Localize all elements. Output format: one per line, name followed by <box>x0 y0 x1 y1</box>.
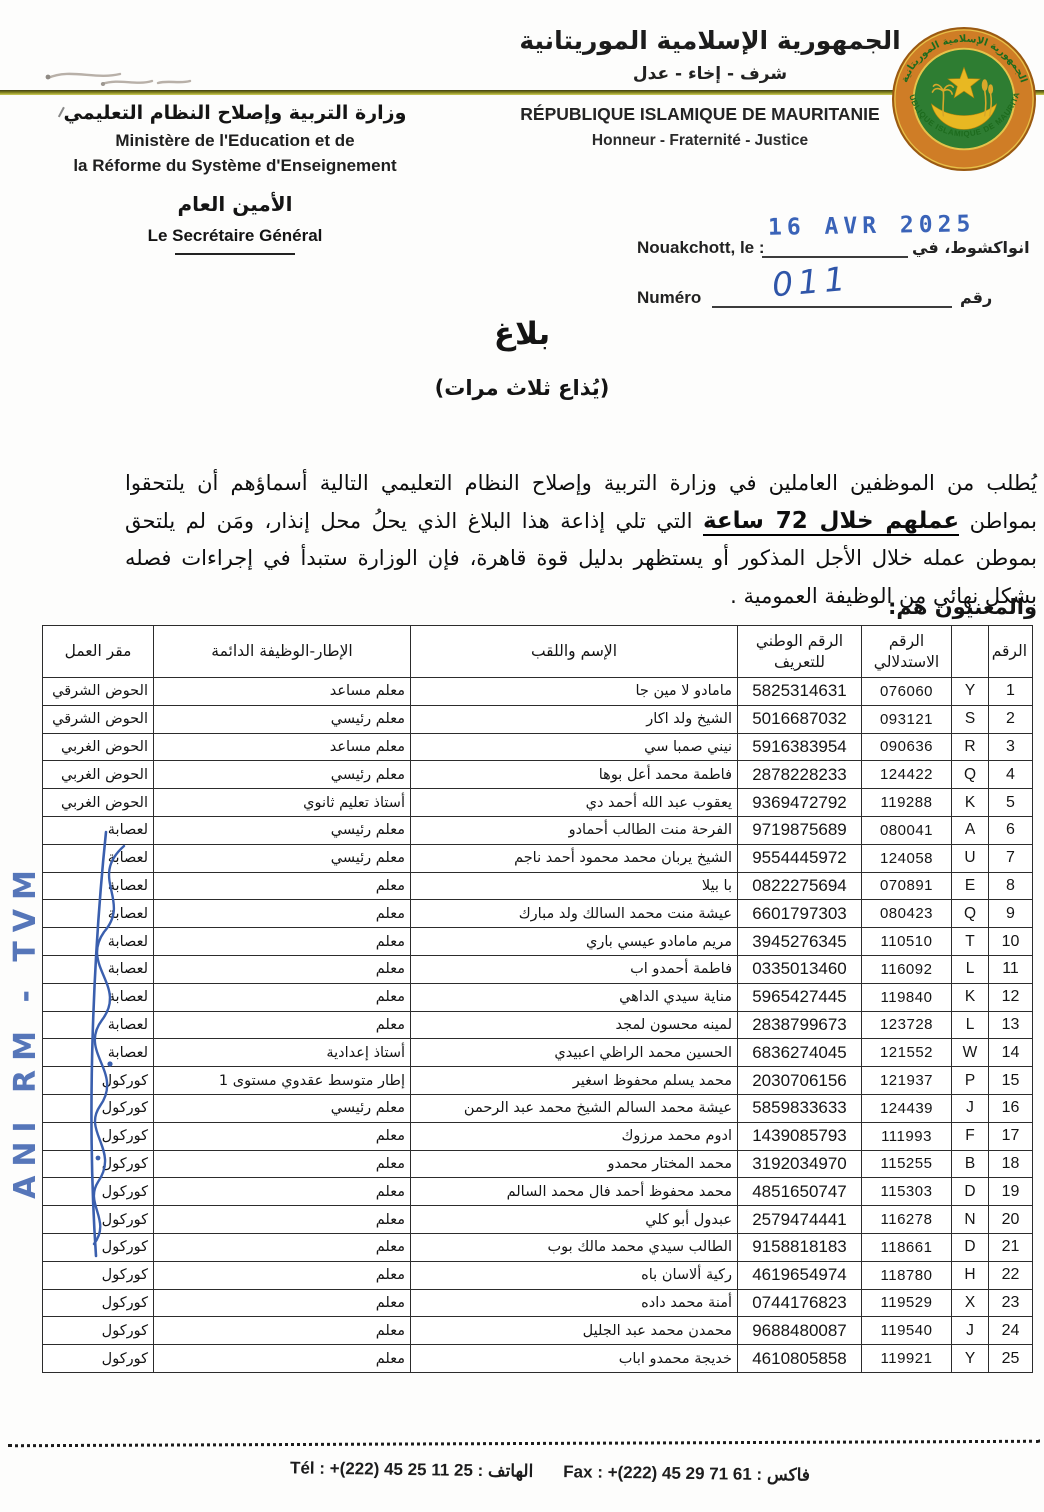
footer-tel: Tél : +(222) 45 25 11 25 : الهاتف <box>290 1458 533 1481</box>
cell-national-id: 9554445972 <box>738 844 862 872</box>
cell-national-id: 4610805858 <box>738 1345 862 1373</box>
cell-number: 10 <box>989 928 1033 956</box>
place-label-arabic: انواكشوط، في <box>912 238 1030 257</box>
cell-number: 6 <box>989 816 1033 844</box>
cell-job: إطار متوسط عقدوي مستوى 1 <box>154 1067 411 1095</box>
cell-reference-number: 070891 <box>862 872 952 900</box>
cell-reference-number: 111993 <box>862 1122 952 1150</box>
cell-reference-number: 090636 <box>862 733 952 761</box>
cell-national-id: 9688480087 <box>738 1317 862 1345</box>
number-label-french: Numéro <box>637 288 701 308</box>
cell-letter: J <box>952 1317 989 1345</box>
calligraphy-title: الجمهورية الإسلامية الموريتانية <box>500 26 920 55</box>
cell-letter: A <box>952 816 989 844</box>
cell-name: محمد يسلم محفوظ اسغير <box>411 1067 738 1095</box>
scanned-document-page: الجمهورية الإسلامية الموريتانية شرف - إخ… <box>0 0 1044 1512</box>
cell-number: 9 <box>989 900 1033 928</box>
cell-national-id: 5965427445 <box>738 983 862 1011</box>
cell-reference-number: 093121 <box>862 705 952 733</box>
ministry-block: وزارة التربية وإصلاح النظام التعليمي Min… <box>50 102 420 255</box>
cell-job: معلم رئيسي <box>154 816 411 844</box>
footer-dotted-rule <box>8 1440 1040 1448</box>
cell-letter: L <box>952 955 989 983</box>
cell-location: الحوض الغربي <box>43 761 154 789</box>
cell-number: 20 <box>989 1206 1033 1234</box>
cell-national-id: 5916383954 <box>738 733 862 761</box>
cell-job: معلم <box>154 1261 411 1289</box>
ministry-name-french-line2: la Réforme du Système d'Enseignement <box>50 154 420 179</box>
cell-name: الشيخ ولد اكار <box>411 705 738 733</box>
table-header-row: الرقم الرقم الاستدلالي الرقم الوطني للتع… <box>43 626 1033 678</box>
header-location: مقر العمل <box>43 626 154 678</box>
cell-national-id: 3192034970 <box>738 1150 862 1178</box>
table-row: 6 A 080041 9719875689 الفرحة منت الطالب … <box>43 816 1033 844</box>
table-row: 3 R 090636 5916383954 نيني صمبا سي معلم … <box>43 733 1033 761</box>
communique-title: بلاغ <box>0 316 1044 352</box>
cell-location: الحوض الغربي <box>43 733 154 761</box>
cell-name: مامادو لا مين جا <box>411 678 738 706</box>
cell-national-id: 5016687032 <box>738 705 862 733</box>
cell-national-id: 4619654974 <box>738 1261 862 1289</box>
cell-letter: N <box>952 1206 989 1234</box>
communique-closing: والمعنيون هم: <box>125 595 1037 619</box>
ministry-name-french-line1: Ministère de l'Education et de <box>50 129 420 154</box>
table-row: 20 N 116278 2579474441 عبدول أبو كلي معل… <box>43 1206 1033 1234</box>
table-row: 17 F 111993 1439085793 ادوم محمد مرزوك م… <box>43 1122 1033 1150</box>
table-row: 12 K 119840 5965427445 مناية سيدي الداهي… <box>43 983 1033 1011</box>
cell-location: كوركول <box>43 1289 154 1317</box>
cell-number: 13 <box>989 1011 1033 1039</box>
table-row: 9 Q 080423 6601797303 عيشة منت محمد السا… <box>43 900 1033 928</box>
cell-letter: K <box>952 983 989 1011</box>
date-stamp: 16 AVR 2025 <box>768 211 976 241</box>
office-title-arabic: الأمين العام <box>50 192 420 216</box>
cell-national-id: 0744176823 <box>738 1289 862 1317</box>
cell-reference-number: 115255 <box>862 1150 952 1178</box>
header-number: الرقم <box>989 626 1033 678</box>
footer-contacts: Tél : +(222) 45 25 11 25 : الهاتف Fax : … <box>240 1458 860 1487</box>
cell-name: محمدن محمد عبد الجليل <box>411 1317 738 1345</box>
cell-name: الحسين محمد الراظي اعبيدي <box>411 1039 738 1067</box>
table-row: 15 P 121937 2030706156 محمد يسلم محفوظ ا… <box>43 1067 1033 1095</box>
cell-location: الحوض الغربي <box>43 789 154 817</box>
cell-name: فاطمة محمد أعل بوها <box>411 761 738 789</box>
table-row: 13 L 123728 2838799673 لمينه محسون لمجد … <box>43 1011 1033 1039</box>
cell-name: با بيلا <box>411 872 738 900</box>
cell-name: فاطمة أحمدو اب <box>411 955 738 983</box>
cell-letter: H <box>952 1261 989 1289</box>
cell-reference-number: 124439 <box>862 1094 952 1122</box>
cell-job: معلم <box>154 1122 411 1150</box>
table-body: 1 Y 076060 5825314631 مامادو لا مين جا م… <box>43 678 1033 1373</box>
cell-letter: D <box>952 1233 989 1261</box>
cell-national-id: 3945276345 <box>738 928 862 956</box>
mauritania-seal: الجمهورية الإسلامية الموريتانية RÉPUBLIQ… <box>890 24 1038 174</box>
cell-number: 5 <box>989 789 1033 817</box>
cell-reference-number: 076060 <box>862 678 952 706</box>
cell-national-id: 5825314631 <box>738 678 862 706</box>
office-title-french: Le Secrétaire Général <box>50 226 420 246</box>
cell-reference-number: 080041 <box>862 816 952 844</box>
cell-letter: Q <box>952 900 989 928</box>
cell-name: أمنة محمد داده <box>411 1289 738 1317</box>
cell-number: 19 <box>989 1178 1033 1206</box>
cell-letter: Y <box>952 1345 989 1373</box>
cell-number: 1 <box>989 678 1033 706</box>
header-job: الإطار-الوظيفة الدائمة <box>154 626 411 678</box>
cell-name: عيشة منت محمد السالك ولد مبارك <box>411 900 738 928</box>
ministry-name-arabic: وزارة التربية وإصلاح النظام التعليمي <box>50 102 420 124</box>
table-row: 4 Q 124422 2878228233 فاطمة محمد أعل بوه… <box>43 761 1033 789</box>
cell-name: مريم مامادو عيسي باري <box>411 928 738 956</box>
cell-job: معلم <box>154 1206 411 1234</box>
cell-reference-number: 124058 <box>862 844 952 872</box>
cell-reference-number: 115303 <box>862 1178 952 1206</box>
cell-national-id: 2838799673 <box>738 1011 862 1039</box>
cell-location: كوركول <box>43 1317 154 1345</box>
cell-national-id: 2878228233 <box>738 761 862 789</box>
cell-national-id: 9158818183 <box>738 1233 862 1261</box>
cell-job: معلم رئيسي <box>154 844 411 872</box>
cell-national-id: 6836274045 <box>738 1039 862 1067</box>
cell-reference-number: 121552 <box>862 1039 952 1067</box>
margin-cursive-scribble <box>58 828 153 1263</box>
cell-number: 15 <box>989 1067 1033 1095</box>
table-row: 19 D 115303 4851650747 محمد محفوظ أحمد ف… <box>43 1178 1033 1206</box>
cell-name: ادوم محمد مرزوك <box>411 1122 738 1150</box>
cell-national-id: 2579474441 <box>738 1206 862 1234</box>
cell-reference-number: 119921 <box>862 1345 952 1373</box>
table-row: 21 D 118661 9158818183 الطالب سيدي محمد … <box>43 1233 1033 1261</box>
cell-name: خديجة محمدو اباب <box>411 1345 738 1373</box>
table-row: 18 B 115255 3192034970 محمد المختار محمد… <box>43 1150 1033 1178</box>
cell-number: 17 <box>989 1122 1033 1150</box>
cell-letter: E <box>952 872 989 900</box>
cell-letter: Q <box>952 761 989 789</box>
cell-name: يعقوب عبد الله أحمد دي <box>411 789 738 817</box>
table-row: 10 T 110510 3945276345 مريم مامادو عيسي … <box>43 928 1033 956</box>
cell-location: الحوض الشرقي <box>43 705 154 733</box>
cell-location: كوركول <box>43 1261 154 1289</box>
cell-name: الفرحة منت الطالب أحمادو <box>411 816 738 844</box>
cell-job: معلم رئيسي <box>154 761 411 789</box>
cell-number: 25 <box>989 1345 1033 1373</box>
cell-number: 21 <box>989 1233 1033 1261</box>
cell-location: كوركول <box>43 1345 154 1373</box>
table-row: 1 Y 076060 5825314631 مامادو لا مين جا م… <box>43 678 1033 706</box>
table-row: 8 E 070891 0822275694 با بيلا معلم لعصاب… <box>43 872 1033 900</box>
cell-location: الحوض الشرقي <box>43 678 154 706</box>
republic-block: RÉPUBLIQUE ISLAMIQUE DE MAURITANIE Honne… <box>495 104 905 150</box>
footer-fax: Fax : +(222) 45 29 71 61 : فاكس <box>563 1462 810 1485</box>
cell-reference-number: 119540 <box>862 1317 952 1345</box>
office-underline <box>175 253 295 255</box>
cell-reference-number: 119288 <box>862 789 952 817</box>
cell-national-id: 9719875689 <box>738 816 862 844</box>
cell-reference-number: 119840 <box>862 983 952 1011</box>
cell-reference-number: 118661 <box>862 1233 952 1261</box>
cell-national-id: 1439085793 <box>738 1122 862 1150</box>
table-row: 7 U 124058 9554445972 الشيخ يربان محمد م… <box>43 844 1033 872</box>
cell-letter: P <box>952 1067 989 1095</box>
cell-name: محمد المختار محمدو <box>411 1150 738 1178</box>
cell-letter: K <box>952 789 989 817</box>
cell-number: 4 <box>989 761 1033 789</box>
table-row: 16 J 124439 5859833633 عيشة محمد السالم … <box>43 1094 1033 1122</box>
cell-national-id: 6601797303 <box>738 900 862 928</box>
cell-reference-number: 110510 <box>862 928 952 956</box>
cell-letter: B <box>952 1150 989 1178</box>
cell-job: معلم <box>154 1345 411 1373</box>
cell-job: معلم <box>154 1289 411 1317</box>
header-reference-number: الرقم الاستدلالي <box>862 626 952 678</box>
cell-letter: U <box>952 844 989 872</box>
motto-french: Honneur - Fraternité - Justice <box>495 132 905 150</box>
header-name: الإسم واللقب <box>411 626 738 678</box>
cell-reference-number: 080423 <box>862 900 952 928</box>
number-label-arabic: رقم <box>960 288 992 307</box>
pencil-scribble <box>40 50 240 95</box>
cell-job: معلم <box>154 928 411 956</box>
republic-name-french: RÉPUBLIQUE ISLAMIQUE DE MAURITANIE <box>495 104 905 125</box>
cell-number: 24 <box>989 1317 1033 1345</box>
cell-letter: W <box>952 1039 989 1067</box>
cell-job: معلم <box>154 955 411 983</box>
place-label-french: Nouakchott, le : <box>637 238 765 258</box>
number-handwritten-value: 011 <box>770 259 851 305</box>
cell-number: 7 <box>989 844 1033 872</box>
cell-job: أستاذ تعليم ثانوي <box>154 789 411 817</box>
cell-job: معلم مساعد <box>154 678 411 706</box>
cell-number: 16 <box>989 1094 1033 1122</box>
cell-name: لمينه محسون لمجد <box>411 1011 738 1039</box>
communique-subtitle: (يُذاع ثلاث مرات) <box>0 376 1044 400</box>
cell-number: 8 <box>989 872 1033 900</box>
cell-job: معلم <box>154 1317 411 1345</box>
cell-reference-number: 116092 <box>862 955 952 983</box>
cell-letter: Y <box>952 678 989 706</box>
cell-name: مناية سيدي الداهي <box>411 983 738 1011</box>
cell-job: معلم مساعد <box>154 733 411 761</box>
cell-letter: F <box>952 1122 989 1150</box>
cell-reference-number: 123728 <box>862 1011 952 1039</box>
cell-job: معلم رئيسي <box>154 1094 411 1122</box>
cell-name: عيشة محمد السالم الشيخ محمد عبد الرحمن <box>411 1094 738 1122</box>
table-row: 2 S 093121 5016687032 الشيخ ولد اكار معل… <box>43 705 1033 733</box>
cell-letter: L <box>952 1011 989 1039</box>
cell-number: 3 <box>989 733 1033 761</box>
cell-reference-number: 116278 <box>862 1206 952 1234</box>
cell-job: معلم <box>154 983 411 1011</box>
cell-number: 12 <box>989 983 1033 1011</box>
motto-arabic: شرف - إخاء - عدل <box>500 64 920 84</box>
body-text-deadline: عملهم خلال 72 ساعة <box>703 508 959 536</box>
table-row: 14 W 121552 6836274045 الحسين محمد الراظ… <box>43 1039 1033 1067</box>
cell-reference-number: 121937 <box>862 1067 952 1095</box>
cell-letter: R <box>952 733 989 761</box>
cell-number: 2 <box>989 705 1033 733</box>
cell-job: أستاذ إعدادية <box>154 1039 411 1067</box>
table-row: 24 J 119540 9688480087 محمدن محمد عبد ال… <box>43 1317 1033 1345</box>
cell-job: معلم <box>154 872 411 900</box>
cell-number: 14 <box>989 1039 1033 1067</box>
cell-letter: S <box>952 705 989 733</box>
cell-national-id: 4851650747 <box>738 1178 862 1206</box>
cell-number: 18 <box>989 1150 1033 1178</box>
cell-name: عبدول أبو كلي <box>411 1206 738 1234</box>
table-row: 25 Y 119921 4610805858 خديجة محمدو اباب … <box>43 1345 1033 1373</box>
cell-national-id: 0335013460 <box>738 955 862 983</box>
cell-national-id: 9369472792 <box>738 789 862 817</box>
cell-letter: T <box>952 928 989 956</box>
cell-name: محمد محفوظ أحمد فال محمد السالم <box>411 1178 738 1206</box>
cell-national-id: 5859833633 <box>738 1094 862 1122</box>
staff-table: الرقم الرقم الاستدلالي الرقم الوطني للتع… <box>42 625 1033 1373</box>
table-row: 22 H 118780 4619654974 ركية ألاسان باه م… <box>43 1261 1033 1289</box>
cell-name: الطالب سيدي محمد مالك بوب <box>411 1233 738 1261</box>
cell-job: معلم رئيسي <box>154 705 411 733</box>
cell-number: 11 <box>989 955 1033 983</box>
cell-letter: D <box>952 1178 989 1206</box>
cell-job: معلم <box>154 1150 411 1178</box>
table-row: 23 X 119529 0744176823 أمنة محمد داده مع… <box>43 1289 1033 1317</box>
header-letter <box>952 626 989 678</box>
communique-body: يُطلب من الموظفين العاملين في وزارة التر… <box>125 465 1037 615</box>
cell-job: معلم <box>154 1178 411 1206</box>
cell-job: معلم <box>154 1233 411 1261</box>
cell-reference-number: 119529 <box>862 1289 952 1317</box>
cell-job: معلم <box>154 900 411 928</box>
cell-name: الشيخ يربان محمد محمود أحمد ناجم <box>411 844 738 872</box>
cell-reference-number: 118780 <box>862 1261 952 1289</box>
cell-name: ركية ألاسان باه <box>411 1261 738 1289</box>
table-row: 5 K 119288 9369472792 يعقوب عبد الله أحم… <box>43 789 1033 817</box>
cell-reference-number: 124422 <box>862 761 952 789</box>
cell-name: نيني صمبا سي <box>411 733 738 761</box>
cell-number: 22 <box>989 1261 1033 1289</box>
cell-national-id: 2030706156 <box>738 1067 862 1095</box>
cell-job: معلم <box>154 1011 411 1039</box>
table-row: 11 L 116092 0335013460 فاطمة أحمدو اب مع… <box>43 955 1033 983</box>
cell-letter: J <box>952 1094 989 1122</box>
cell-number: 23 <box>989 1289 1033 1317</box>
header-national-id: الرقم الوطني للتعريف <box>738 626 862 678</box>
cell-national-id: 0822275694 <box>738 872 862 900</box>
cell-letter: X <box>952 1289 989 1317</box>
